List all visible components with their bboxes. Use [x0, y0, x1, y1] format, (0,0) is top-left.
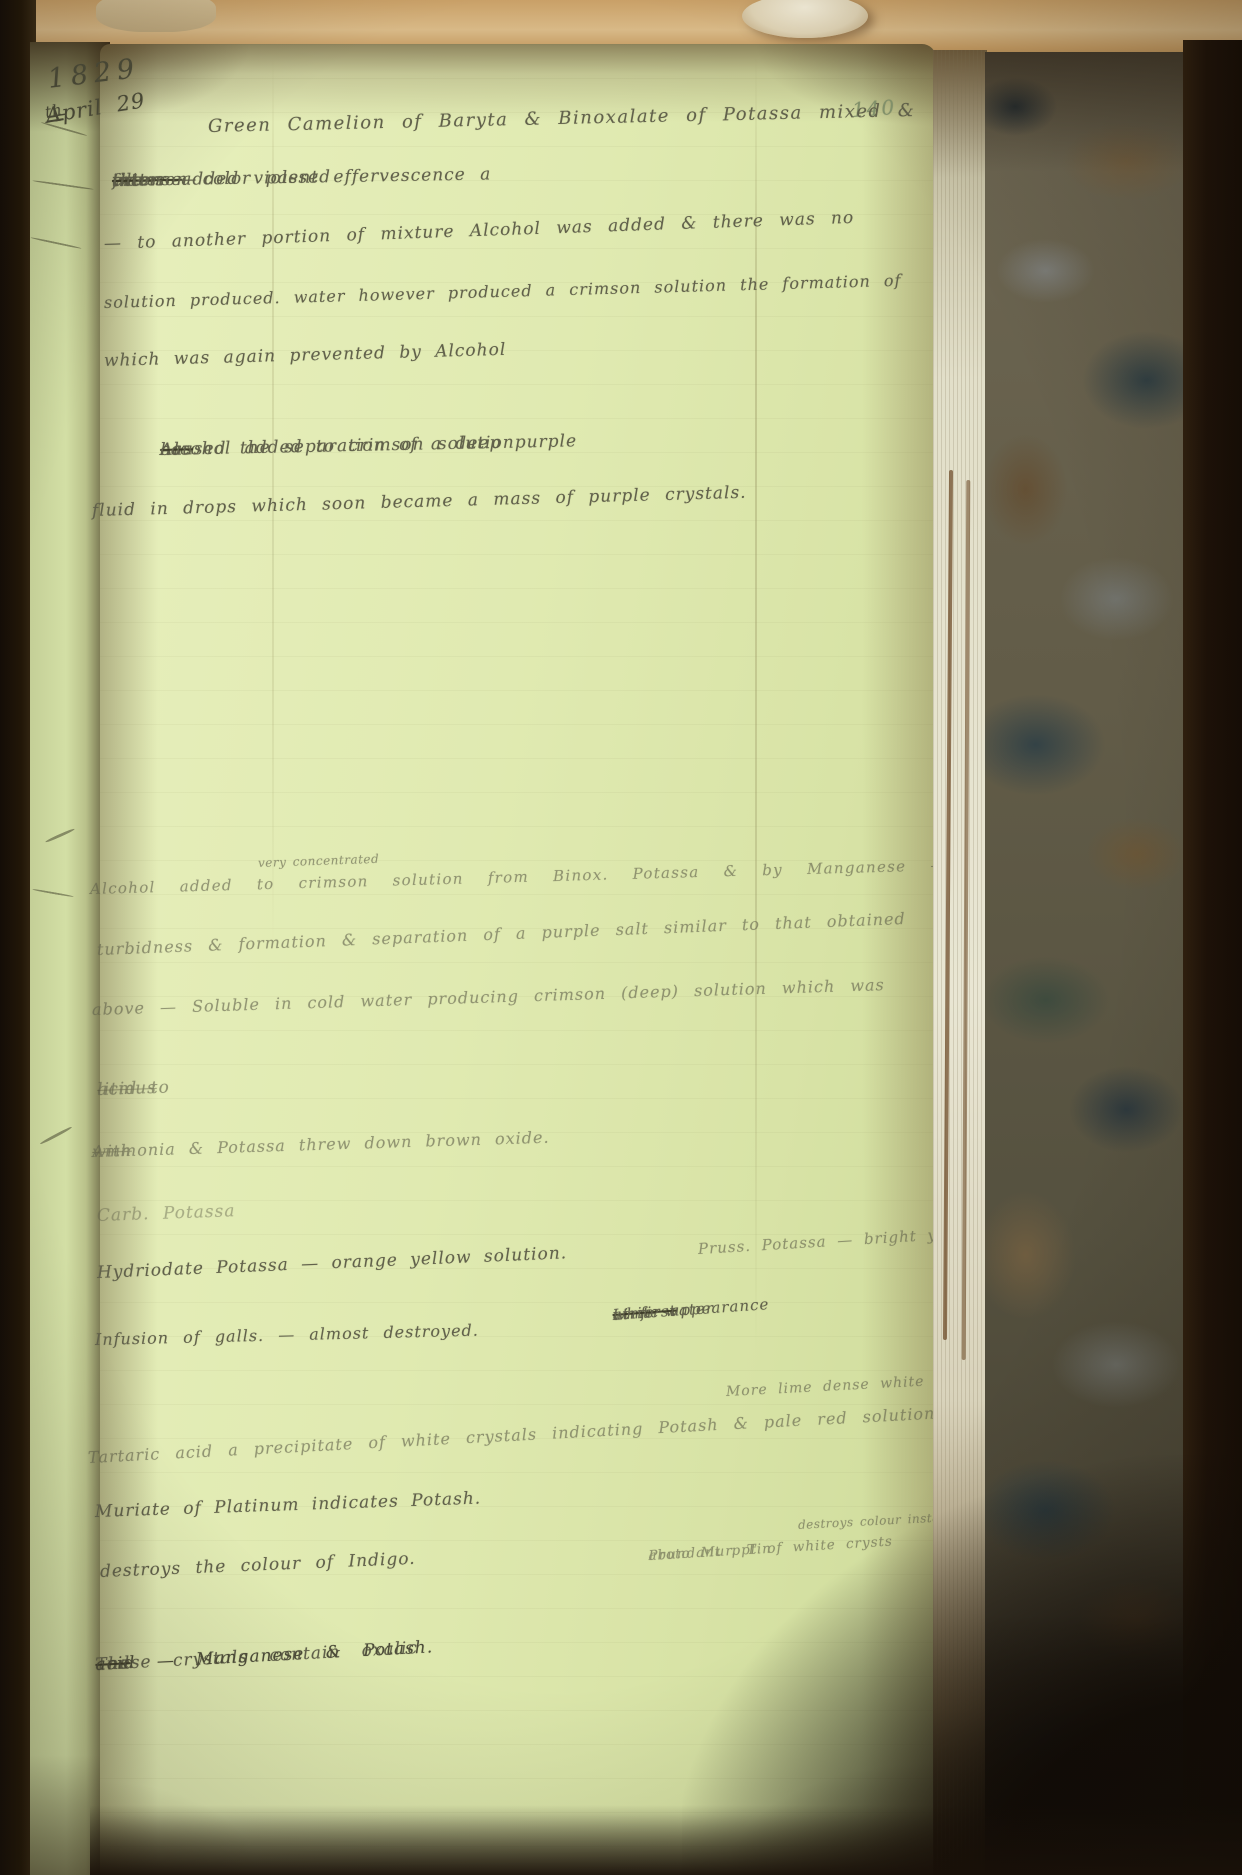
partially-struck-word: litmus: [97, 1078, 157, 1100]
table-object: [742, 0, 868, 38]
page-edge-line: [943, 470, 953, 1340]
previous-page-writing-fragment: [32, 180, 94, 191]
previous-page-writing-fragment: [39, 1126, 72, 1146]
paragraph1-line2-text: filter. —: [112, 170, 197, 191]
page-edge-line: [962, 480, 971, 1360]
previous-page-writing-fragment: [30, 237, 81, 250]
previous-page-writing-fragment: [32, 888, 74, 897]
table-object-secondary: [96, 0, 216, 32]
page-crease: [755, 50, 757, 1350]
entry-date-dash: —: [44, 101, 69, 128]
notebook-photograph: 1829 April 29th — 140 Green Camelion of …: [0, 0, 1242, 1875]
previous-page-writing-fragment: [45, 828, 75, 844]
bottom-shadow: [90, 1805, 1242, 1875]
